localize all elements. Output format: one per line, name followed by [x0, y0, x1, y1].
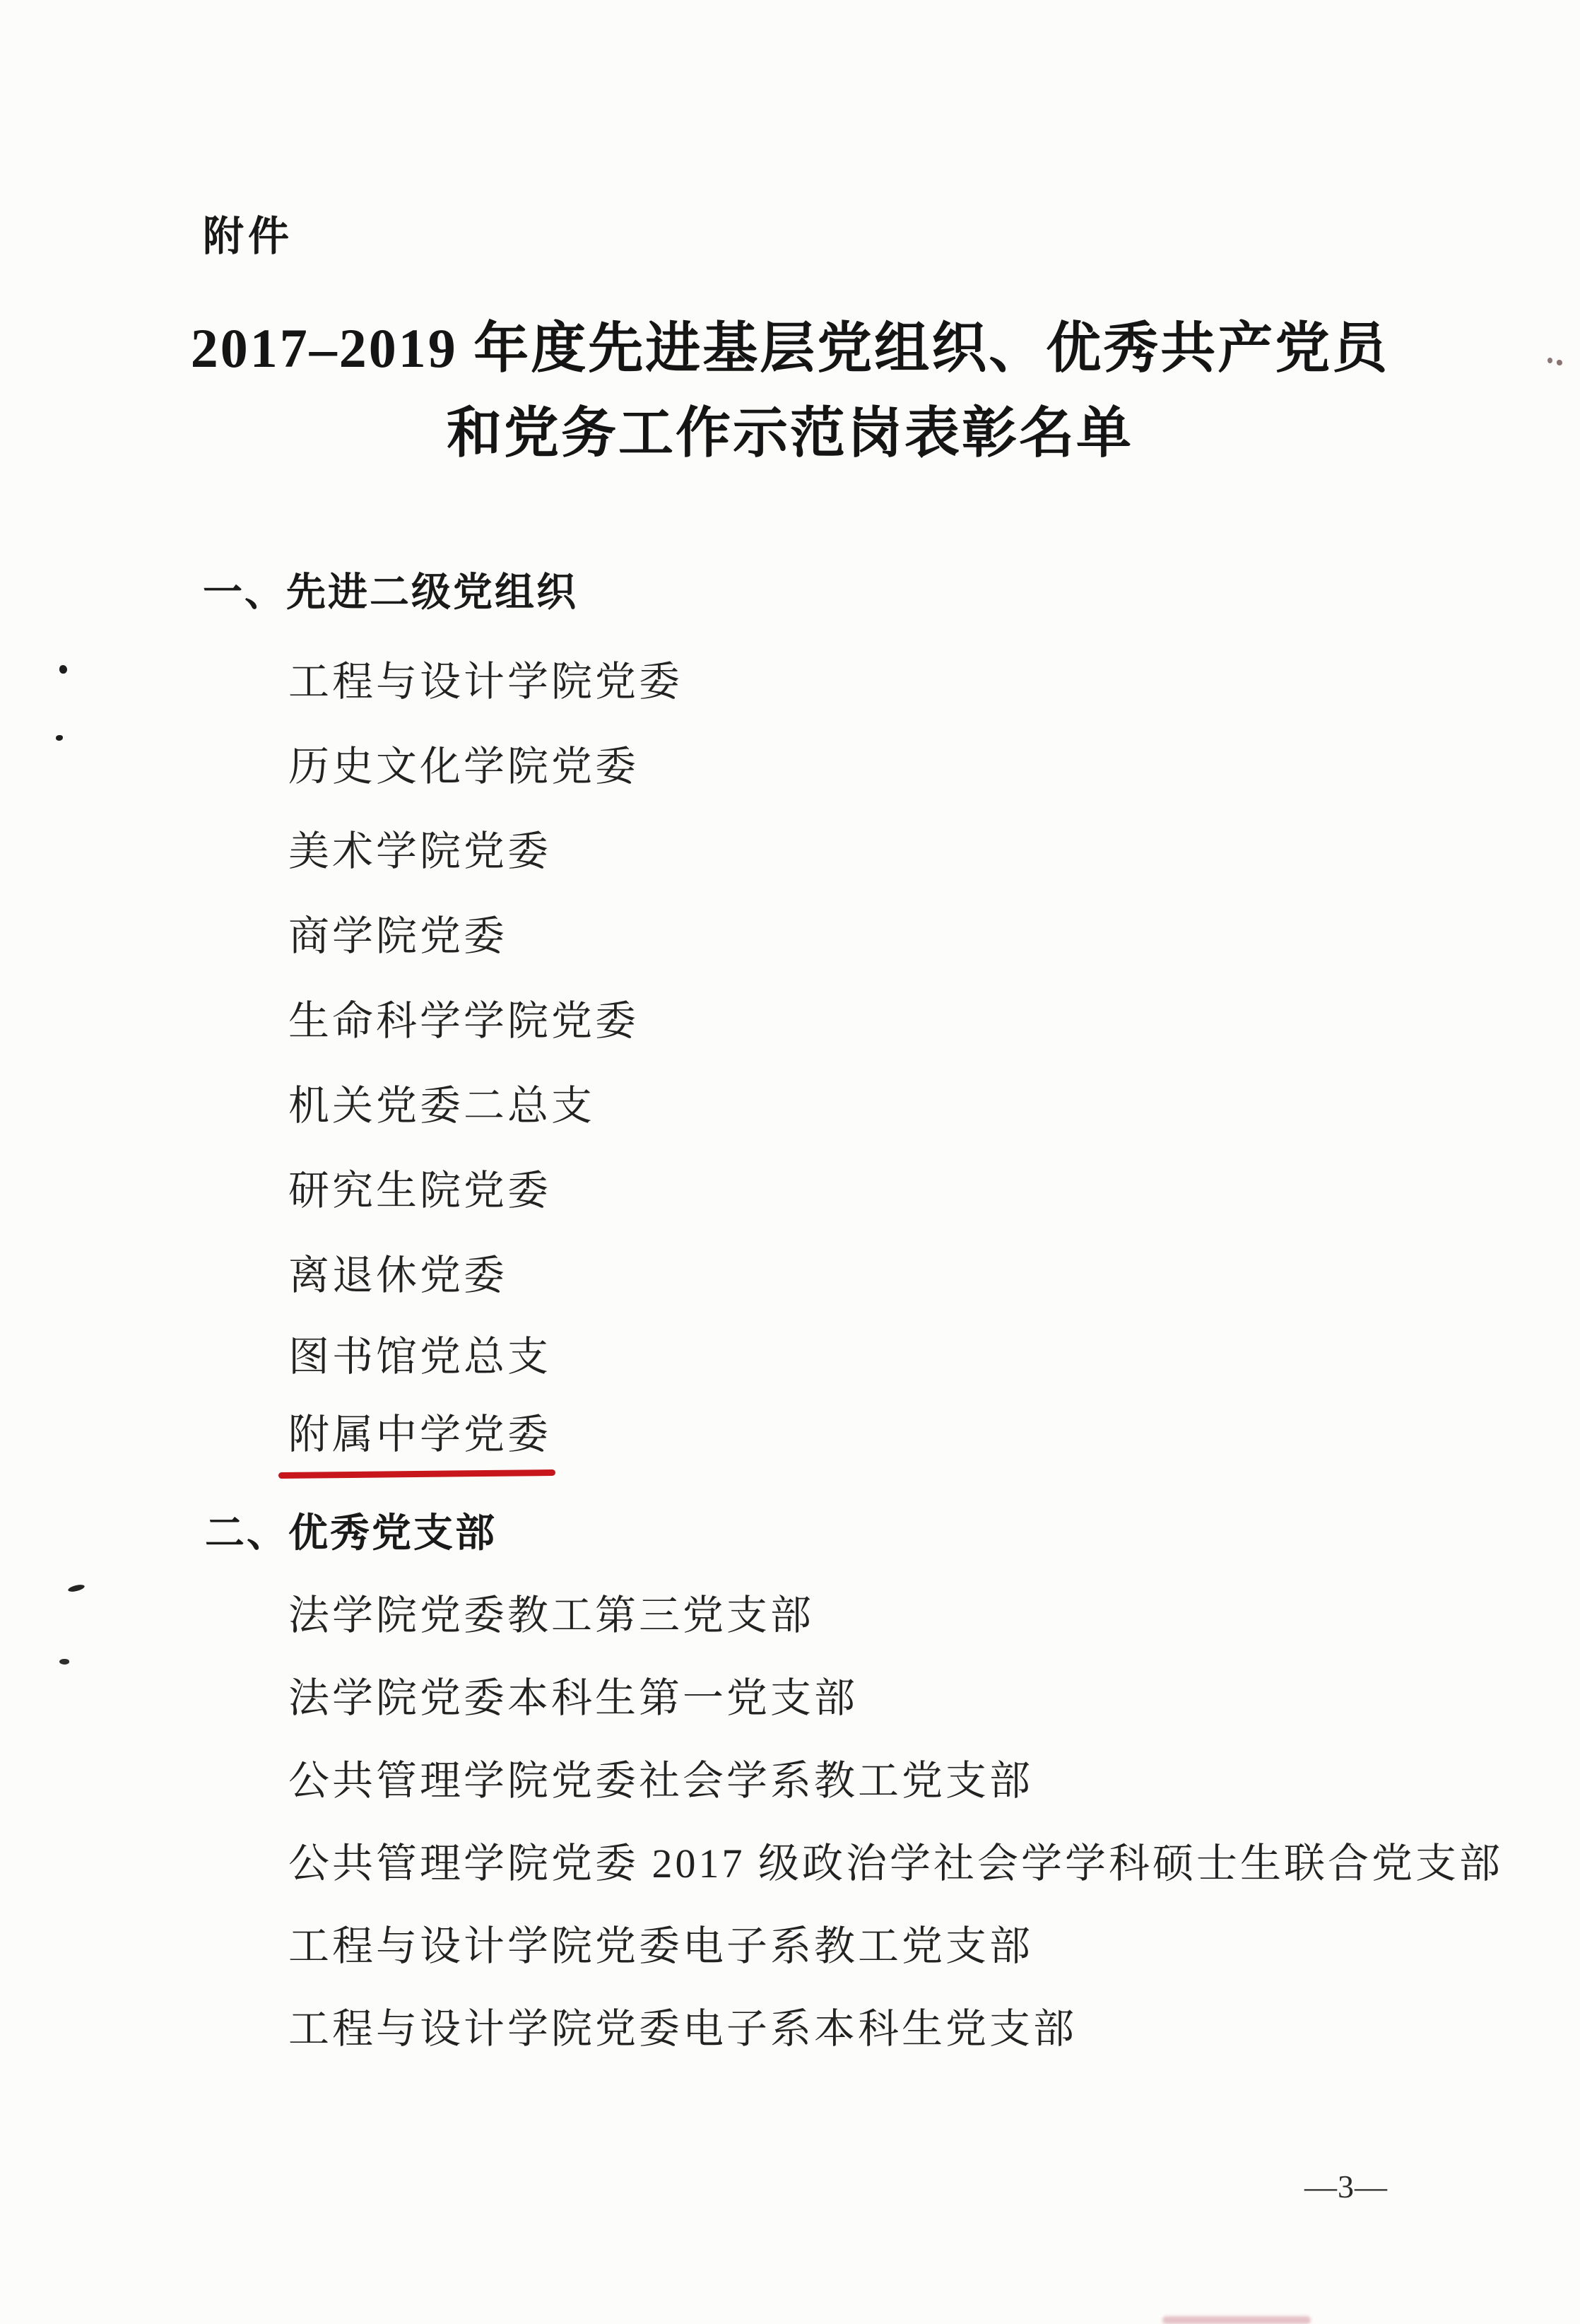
scan-speck: [59, 1659, 69, 1665]
section-2-heading: 二、优秀党支部: [205, 1508, 497, 1559]
list-item: 公共管理学院党委 2017 级政治学社会学学科硕士生联合党支部: [288, 1838, 1503, 1889]
section-1-heading: 一、先进二级党组织: [203, 567, 578, 618]
scan-speck: [1547, 358, 1552, 363]
list-item: 公共管理学院党委社会学系教工党支部: [288, 1756, 1033, 1807]
list-item: 机关党委二总支: [288, 1081, 595, 1132]
scan-smudge: [1162, 2316, 1311, 2324]
list-item: 工程与设计学院党委电子系本科生党支部: [288, 2004, 1077, 2055]
scan-speck: [1557, 360, 1562, 365]
list-item: 法学院党委本科生第一党支部: [288, 1673, 858, 1724]
title-line-1: 2017–2019 年度先进基层党组织、优秀共产党员: [0, 306, 1580, 391]
list-item: 商学院党委: [288, 911, 507, 962]
list-item: 历史文化学院党委: [288, 741, 639, 792]
document-title: 2017–2019 年度先进基层党组织、优秀共产党员 和党务工作示范岗表彰名单: [0, 306, 1580, 476]
scan-speck: [56, 735, 63, 741]
list-item-highlighted: 附属中学党委: [288, 1409, 551, 1460]
list-item: 生命科学学院党委: [288, 996, 639, 1047]
scan-speck: [59, 665, 67, 674]
scan-speck: [67, 1583, 85, 1593]
list-item: 离退休党委: [288, 1250, 507, 1301]
list-item: 工程与设计学院党委电子系教工党支部: [288, 1921, 1033, 1972]
list-item: 研究生院党委: [288, 1166, 551, 1216]
red-underline-mark: [278, 1469, 555, 1479]
list-item: 美术学院党委: [288, 826, 551, 877]
page-number: —3—: [1268, 2169, 1424, 2205]
list-item: 图书馆党总支: [288, 1332, 551, 1383]
attachment-label: 附件: [203, 211, 293, 262]
title-line-2: 和党务工作示范岗表彰名单: [0, 391, 1580, 476]
list-item: 法学院党委教工第三党支部: [288, 1590, 814, 1641]
list-item: 工程与设计学院党委: [288, 657, 683, 708]
scanned-document-page: { "document": { "attachment_label": "附件"…: [0, 0, 1580, 2324]
